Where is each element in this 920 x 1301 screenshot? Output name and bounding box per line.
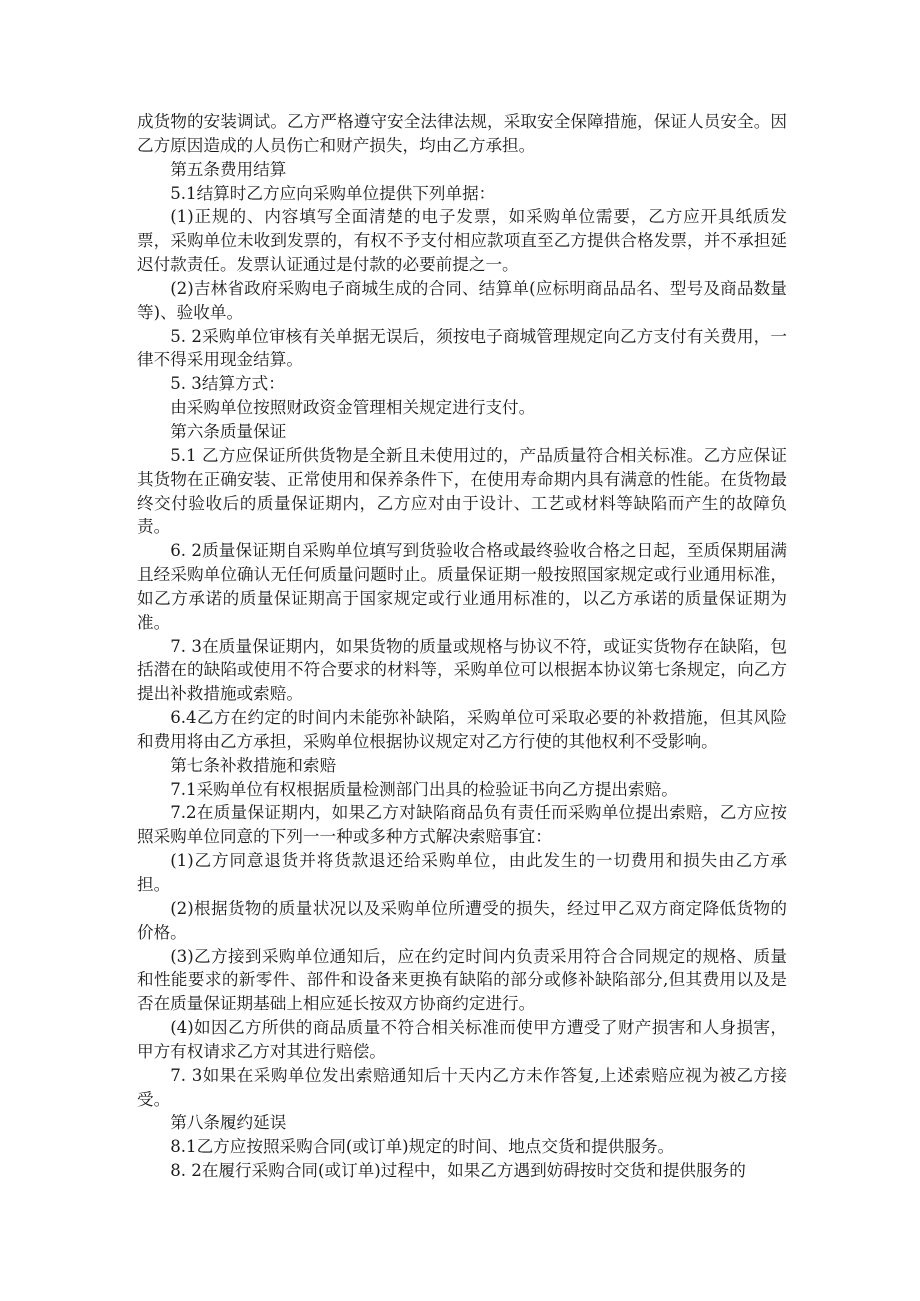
clause-5-2: 5. 2采购单位审核有关单据无误后，须按电子商城管理规定向乙方支付有关费用，一律…: [137, 325, 787, 373]
clause-6-3: 7. 3在质量保证期内，如果货物的质量或规格与协议不符，或证实货物存在缺陷，包括…: [137, 635, 787, 707]
section-heading-article-7: 第七条补救措施和索赔: [137, 754, 787, 778]
clause-7-2-item-3: (3)乙方接到采购单位通知后，应在约定时间内负责采用符合合同规定的规格、质量和性…: [137, 945, 787, 1017]
clause-7-2: 7.2在质量保证期内，如果乙方对缺陷商品负有责任而采购单位提出索赔，乙方应按照采…: [137, 801, 787, 849]
clause-5-1: 5.1结算时乙方应向采购单位提供下列单据：: [137, 182, 787, 206]
clause-8-2: 8. 2在履行采购合同(或订单)过程中，如果乙方遇到妨碍按时交货和提供服务的: [137, 1159, 787, 1183]
paragraph-continuation: 成货物的安装调试。乙方严格遵守安全法律法规，采取安全保障措施，保证人员安全。因乙…: [137, 110, 787, 158]
clause-6-2: 6. 2质量保证期自采购单位填写到货验收合格或最终验收合格之日起，至质保期届满且…: [137, 539, 787, 634]
clause-7-2-item-2: (2)根据货物的质量状况以及采购单位所遭受的损失，经过甲乙双方商定降低货物的价格…: [137, 897, 787, 945]
clause-6-1: 5.1 乙方应保证所供货物是全新且未使用过的，产品质量符合相关标准。乙方应保证其…: [137, 444, 787, 539]
clause-6-4: 6.4乙方在约定的时间内未能弥补缺陷，采购单位可采取必要的补救措施，但其风险和费…: [137, 706, 787, 754]
clause-5-1-item-1: (1)正规的、内容填写全面清楚的电子发票，如采购单位需要，乙方应开具纸质发票，采…: [137, 205, 787, 277]
clause-5-1-item-2: (2)吉林省政府采购电子商城生成的合同、结算单(应标明商品品名、型号及商品数量等…: [137, 277, 787, 325]
section-heading-article-8: 第八条履约延误: [137, 1111, 787, 1135]
clause-7-3: 7. 3如果在采购单位发出索赔通知后十天内乙方未作答复,上述索赔应视为被乙方接受…: [137, 1064, 787, 1112]
clause-7-1: 7.1采购单位有权根据质量检测部门出具的检验证书向乙方提出索赔。: [137, 778, 787, 802]
clause-8-1: 8.1乙方应按照采购合同(或订单)规定的时间、地点交货和提供服务。: [137, 1135, 787, 1159]
clause-5-3-body: 由采购单位按照财政资金管理相关规定进行支付。: [137, 396, 787, 420]
document-page: 成货物的安装调试。乙方严格遵守安全法律法规，采取安全保障措施，保证人员安全。因乙…: [137, 110, 787, 1183]
clause-7-2-item-1: (1)乙方同意退货并将货款退还给采购单位，由此发生的一切费用和损失由乙方承担。: [137, 849, 787, 897]
clause-7-2-item-4: (4)如因乙方所供的商品质量不符合相关标准而使甲方遭受了财产损害和人身损害，甲方…: [137, 1016, 787, 1064]
section-heading-article-5: 第五条费用结算: [137, 158, 787, 182]
clause-5-3: 5. 3结算方式：: [137, 372, 787, 396]
section-heading-article-6: 第六条质量保证: [137, 420, 787, 444]
